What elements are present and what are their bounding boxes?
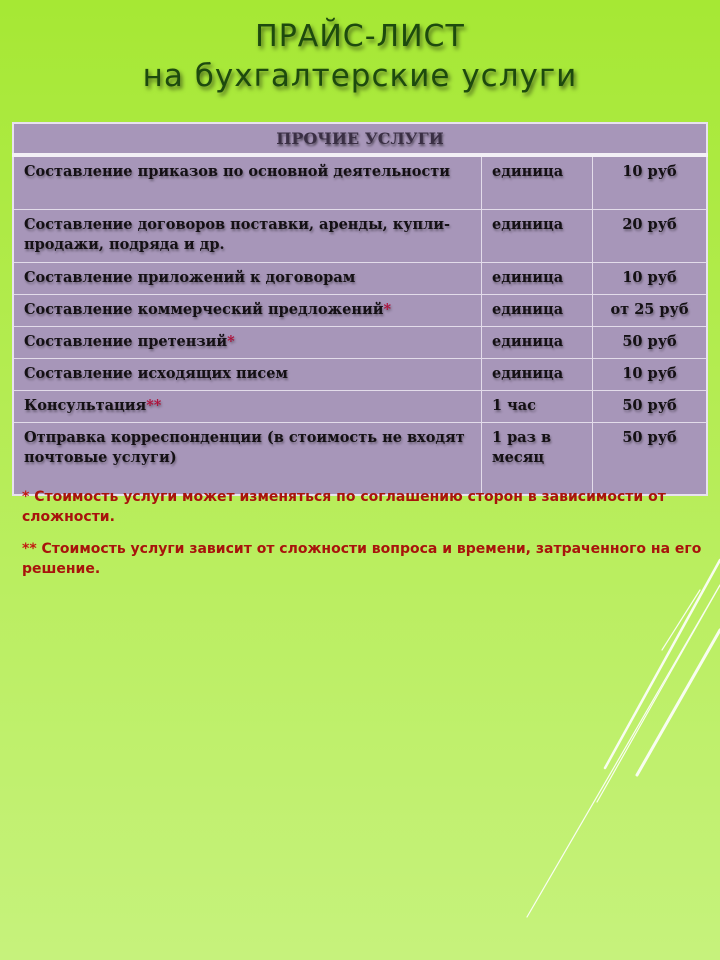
service-name-text: Отправка корреспонденции (в стоимость не… <box>24 429 465 466</box>
footnote-marker: ** <box>22 541 37 557</box>
service-unit: единица <box>482 155 593 210</box>
table-row: Отправка корреспонденции (в стоимость не… <box>13 423 707 496</box>
service-name: Составление приказов по основной деятель… <box>13 155 482 210</box>
table-header-row: ПРОЧИЕ УСЛУГИ <box>13 123 707 155</box>
footnote: ** Стоимость услуги зависит от сложности… <box>22 539 702 579</box>
service-unit: единица <box>482 359 593 391</box>
table-row: Составление приказов по основной деятель… <box>13 155 707 210</box>
service-name-text: Составление претензий <box>24 333 227 350</box>
table-row: Составление претензий*единица50 руб <box>13 327 707 359</box>
service-unit: единица <box>482 327 593 359</box>
service-price: 50 руб <box>593 423 708 496</box>
service-name-text: Составление приказов по основной деятель… <box>24 163 450 180</box>
service-name-text: Составление договоров поставки, аренды, … <box>24 216 450 253</box>
service-price: 50 руб <box>593 327 708 359</box>
service-unit: единица <box>482 263 593 295</box>
service-name-text: Консультация <box>24 397 146 414</box>
footnote-marker: * <box>384 301 392 318</box>
footnote-text: Стоимость услуги может изменяться по сог… <box>22 489 666 525</box>
table-row: Составление приложений к договорамединиц… <box>13 263 707 295</box>
title-line-2: на бухгалтерские услуги <box>0 56 720 96</box>
title-line-1: ПРАЙС-ЛИСТ <box>0 18 720 56</box>
service-unit: единица <box>482 295 593 327</box>
table-section-header: ПРОЧИЕ УСЛУГИ <box>13 123 707 155</box>
footnote-marker: ** <box>146 397 161 414</box>
service-name-text: Составление коммерческий предложений <box>24 301 384 318</box>
service-price: 10 руб <box>593 263 708 295</box>
table-body: Составление приказов по основной деятель… <box>13 155 707 495</box>
service-name: Составление договоров поставки, аренды, … <box>13 210 482 263</box>
footnotes: * Стоимость услуги может изменяться по с… <box>22 487 702 591</box>
table-row: Составление договоров поставки, аренды, … <box>13 210 707 263</box>
table-row: Составление исходящих писемединица10 руб <box>13 359 707 391</box>
footnote-text: Стоимость услуги зависит от сложности во… <box>22 541 701 577</box>
service-name: Консультация** <box>13 391 482 423</box>
service-name: Составление исходящих писем <box>13 359 482 391</box>
service-name-text: Составление приложений к договорам <box>24 269 355 286</box>
service-price: от 25 руб <box>593 295 708 327</box>
service-price: 20 руб <box>593 210 708 263</box>
service-price: 10 руб <box>593 359 708 391</box>
service-unit: 1 час <box>482 391 593 423</box>
footnote: * Стоимость услуги может изменяться по с… <box>22 487 702 527</box>
service-name-text: Составление исходящих писем <box>24 365 288 382</box>
table-row: Составление коммерческий предложений*еди… <box>13 295 707 327</box>
service-name: Составление претензий* <box>13 327 482 359</box>
service-unit: 1 раз в месяц <box>482 423 593 496</box>
table-row: Консультация**1 час50 руб <box>13 391 707 423</box>
service-price: 50 руб <box>593 391 708 423</box>
page-title: ПРАЙС-ЛИСТ на бухгалтерские услуги <box>0 18 720 96</box>
footnote-marker: * <box>227 333 235 350</box>
service-name: Отправка корреспонденции (в стоимость не… <box>13 423 482 496</box>
price-table: ПРОЧИЕ УСЛУГИ Составление приказов по ос… <box>12 122 708 496</box>
service-name: Составление приложений к договорам <box>13 263 482 295</box>
service-unit: единица <box>482 210 593 263</box>
service-price: 10 руб <box>593 155 708 210</box>
service-name: Составление коммерческий предложений* <box>13 295 482 327</box>
